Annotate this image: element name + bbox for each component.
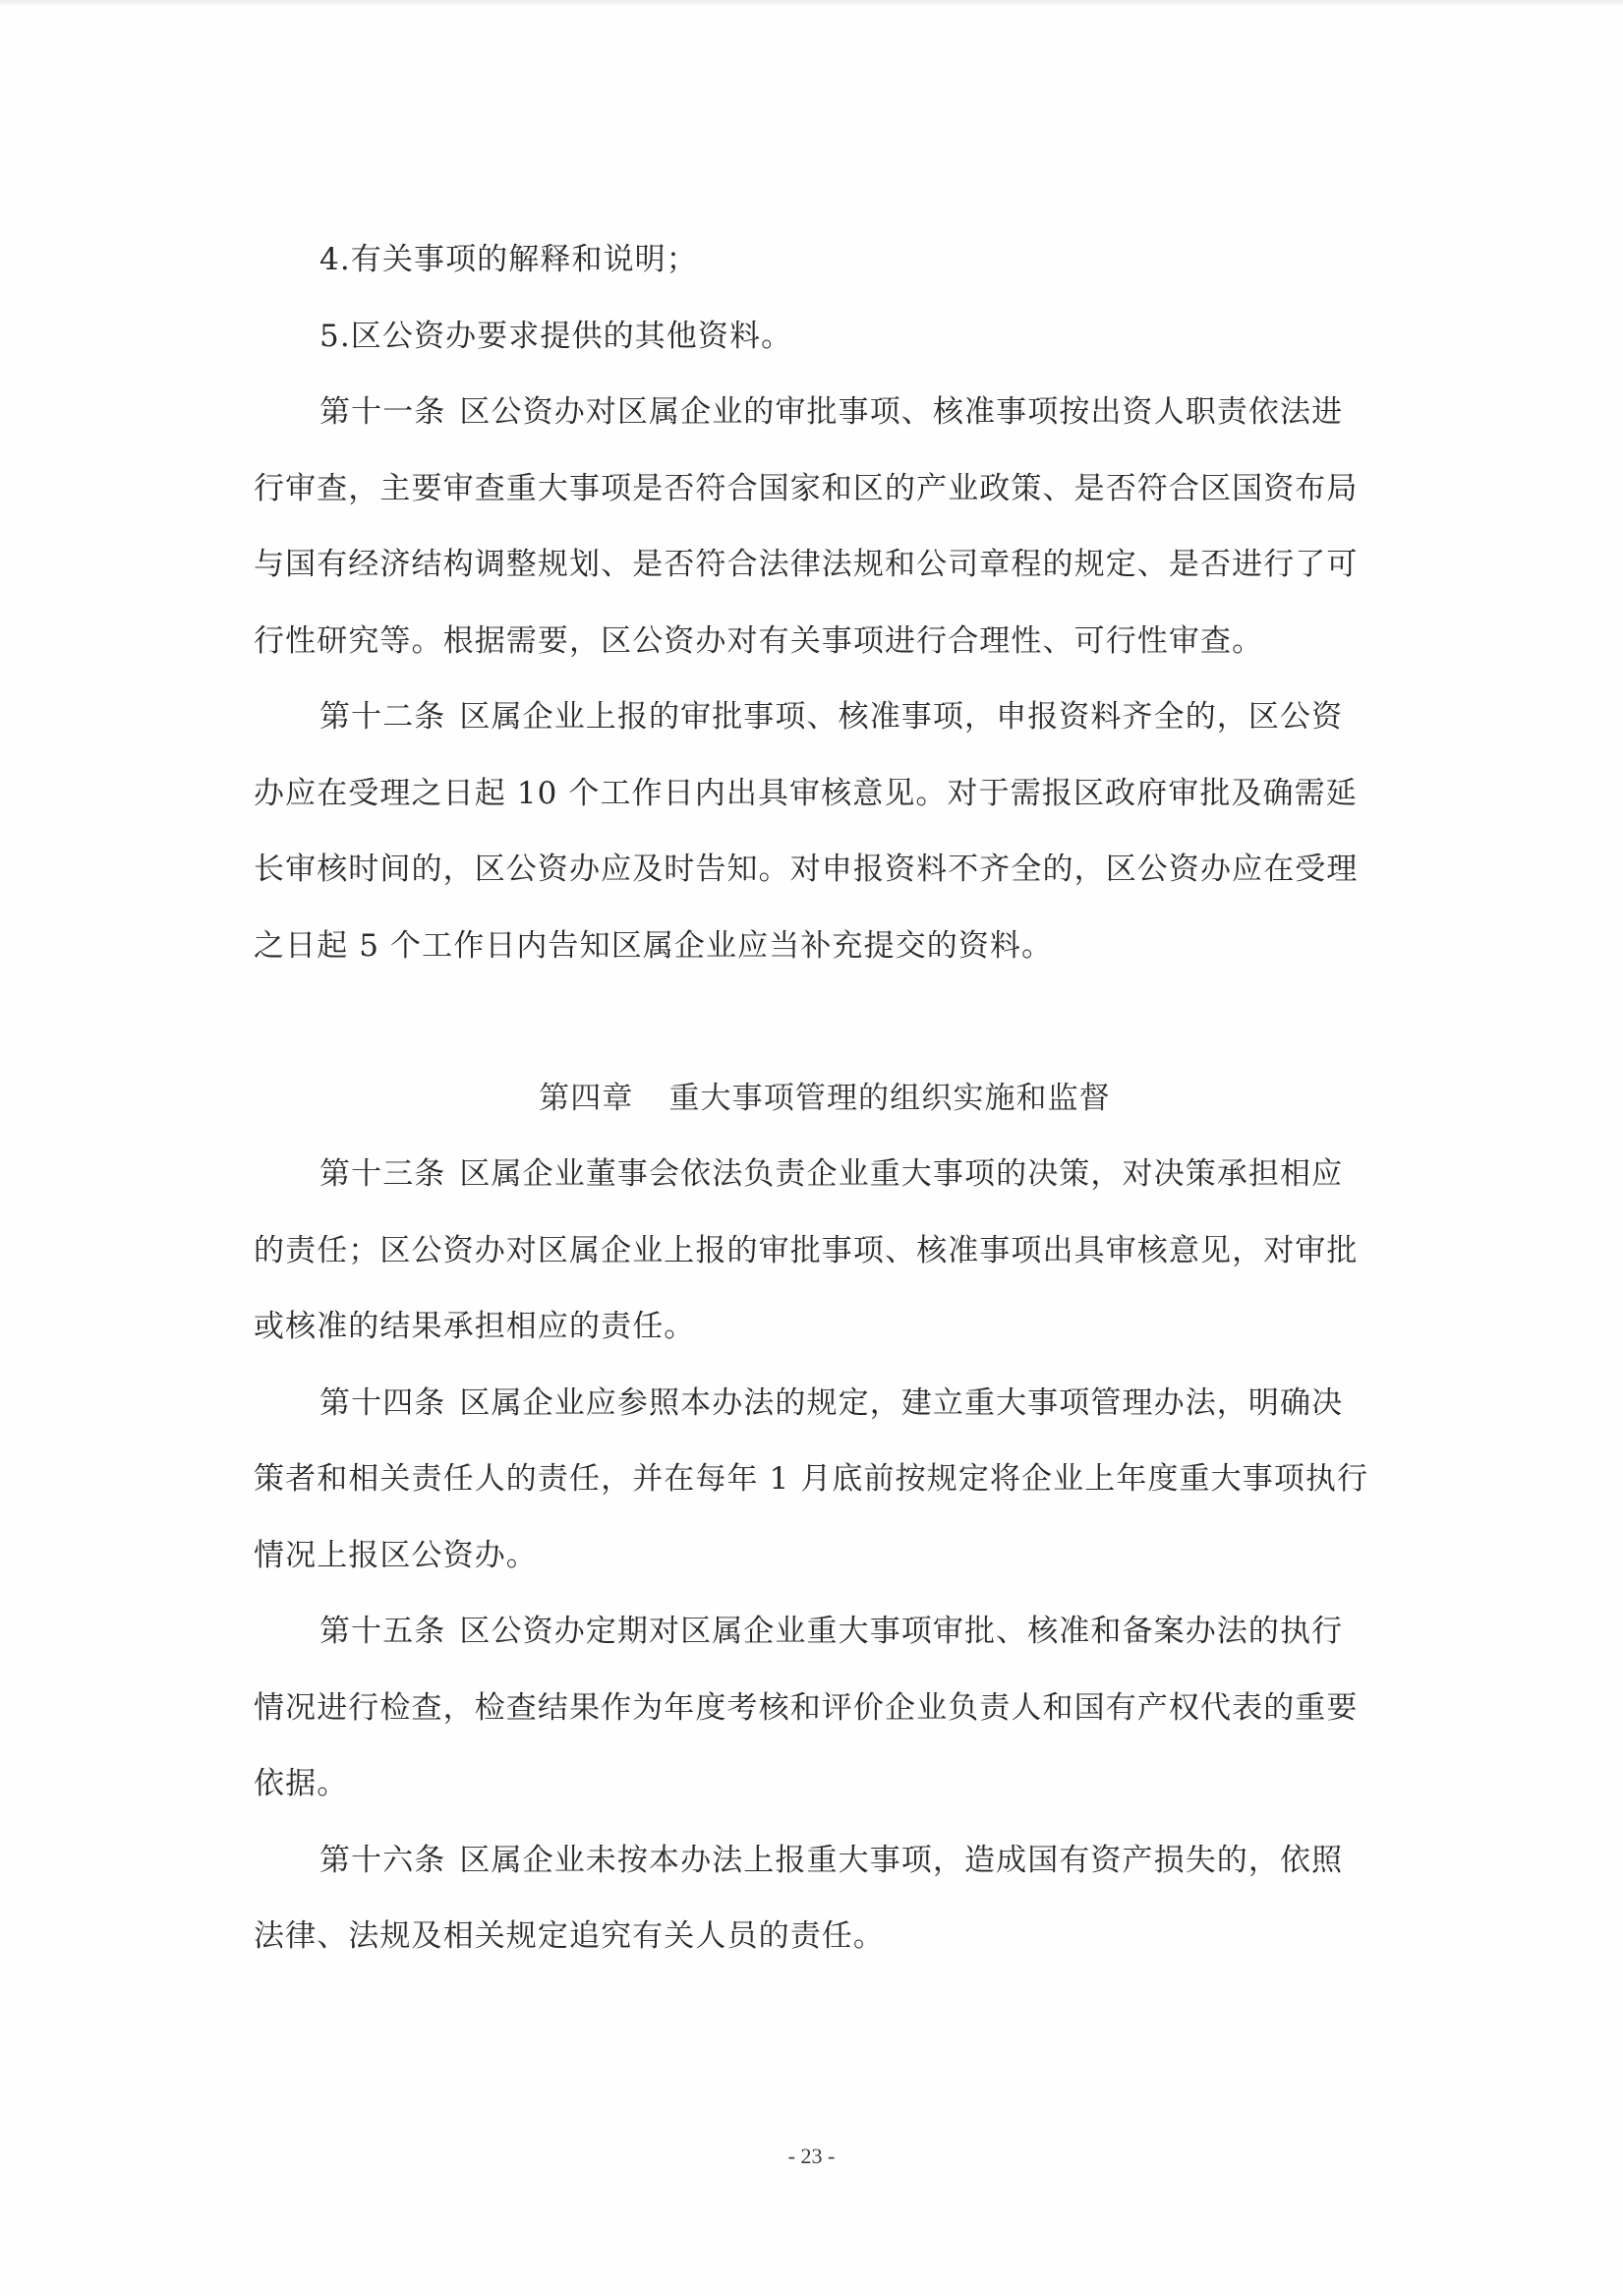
article-line: 第十六条区属企业未按本办法上报重大事项，造成国有资产损失的，依照 (254, 1823, 1384, 1900)
article-text: 区属企业未按本办法上报重大事项，造成国有资产损失的，依照 (459, 1843, 1343, 1878)
article-line: 或核准的结果承担相应的责任。 (254, 1289, 1384, 1366)
article-line: 第十二条区属企业上报的审批事项、核准事项，申报资料齐全的，区公资 (254, 679, 1384, 756)
document-body: 4.有关事项的解释和说明； 5.区公资办要求提供的其他资料。 第十一条区公资办对… (254, 222, 1384, 1975)
article-line: 行性研究等。根据需要，区公资办对有关事项进行合理性、可行性审查。 (254, 604, 1384, 680)
document-page: 4.有关事项的解释和说明； 5.区公资办要求提供的其他资料。 第十一条区公资办对… (0, 0, 1623, 2296)
scan-edge (0, 0, 1623, 6)
chapter-number: 第四章 (539, 1081, 633, 1116)
article-line: 法律、法规及相关规定追究有关人员的责任。 (254, 1899, 1384, 1975)
article-line: 行审查，主要审查重大事项是否符合国家和区的产业政策、是否符合区国资布局 (254, 451, 1384, 528)
article-line: 情况上报区公资办。 (254, 1518, 1384, 1595)
article-label: 第十六条 (319, 1843, 445, 1878)
article-text: 区属企业应参照本办法的规定，建立重大事项管理办法，明确决 (459, 1385, 1343, 1421)
chapter-heading: 第四章重大事项管理的组织实施和监督 (254, 1061, 1384, 1138)
article-label: 第十三条 (319, 1156, 445, 1192)
article-line: 的责任；区公资办对区属企业上报的审批事项、核准事项出具审核意见，对审批 (254, 1213, 1384, 1290)
page-number: - 23 - (0, 2144, 1623, 2169)
article-text: 区公资办定期对区属企业重大事项审批、核准和备案办法的执行 (459, 1614, 1343, 1649)
chapter-title-text: 重大事项管理的组织实施和监督 (668, 1081, 1110, 1116)
article-label: 第十一条 (319, 394, 445, 430)
list-item-4: 4.有关事项的解释和说明； (254, 222, 1384, 299)
article-13: 第十三条区属企业董事会依法负责企业重大事项的决策，对决策承担相应 的责任；区公资… (254, 1137, 1384, 1366)
section-spacer (254, 984, 1384, 1061)
article-line: 策者和相关责任人的责任，并在每年 1 月底前按规定将企业上年度重大事项执行 (254, 1442, 1384, 1518)
article-label: 第十五条 (319, 1614, 445, 1649)
article-text: 区属企业上报的审批事项、核准事项，申报资料齐全的，区公资 (459, 699, 1343, 735)
article-line: 办应在受理之日起 10 个工作日内出具审核意见。对于需报区政府审批及确需延 (254, 756, 1384, 833)
article-line: 第十五条区公资办定期对区属企业重大事项审批、核准和备案办法的执行 (254, 1594, 1384, 1671)
article-line: 与国有经济结构调整规划、是否符合法律法规和公司章程的规定、是否进行了可 (254, 527, 1384, 604)
article-line: 依据。 (254, 1746, 1384, 1823)
article-line: 第十四条区属企业应参照本办法的规定，建立重大事项管理办法，明确决 (254, 1366, 1384, 1442)
article-line: 长审核时间的，区公资办应及时告知。对申报资料不齐全的，区公资办应在受理 (254, 832, 1384, 909)
article-text: 区公资办对区属企业的审批事项、核准事项按出资人职责依法进 (459, 394, 1343, 430)
article-14: 第十四条区属企业应参照本办法的规定，建立重大事项管理办法，明确决 策者和相关责任… (254, 1366, 1384, 1595)
article-line: 情况进行检查，检查结果作为年度考核和评价企业负责人和国有产权代表的重要 (254, 1671, 1384, 1747)
article-label: 第十四条 (319, 1385, 445, 1421)
article-label: 第十二条 (319, 699, 445, 735)
article-16: 第十六条区属企业未按本办法上报重大事项，造成国有资产损失的，依照 法律、法规及相… (254, 1823, 1384, 1975)
article-line: 第十一条区公资办对区属企业的审批事项、核准事项按出资人职责依法进 (254, 375, 1384, 451)
article-line: 之日起 5 个工作日内告知区属企业应当补充提交的资料。 (254, 909, 1384, 985)
article-11: 第十一条区公资办对区属企业的审批事项、核准事项按出资人职责依法进 行审查，主要审… (254, 375, 1384, 679)
article-12: 第十二条区属企业上报的审批事项、核准事项，申报资料齐全的，区公资 办应在受理之日… (254, 679, 1384, 984)
article-line: 第十三条区属企业董事会依法负责企业重大事项的决策，对决策承担相应 (254, 1137, 1384, 1213)
article-text: 区属企业董事会依法负责企业重大事项的决策，对决策承担相应 (459, 1156, 1343, 1192)
article-15: 第十五条区公资办定期对区属企业重大事项审批、核准和备案办法的执行 情况进行检查，… (254, 1594, 1384, 1823)
list-item-5: 5.区公资办要求提供的其他资料。 (254, 299, 1384, 376)
